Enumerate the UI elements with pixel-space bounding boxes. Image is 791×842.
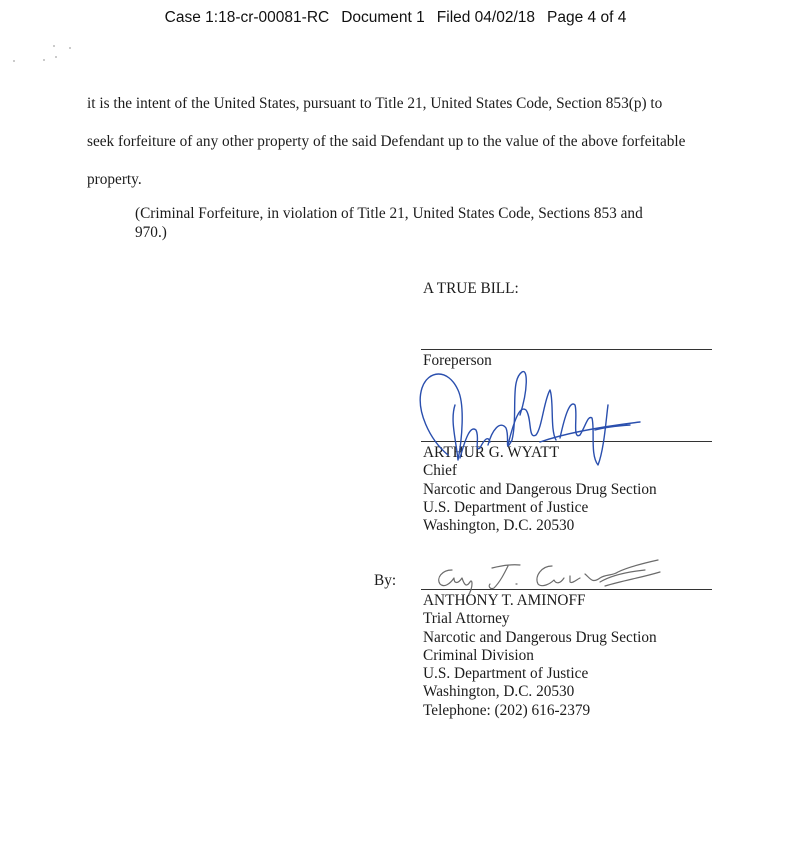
attorney-section: Narcotic and Dangerous Drug Section xyxy=(423,629,657,647)
case-header: Case 1:18-cr-00081-RCDocument 1Filed 04/… xyxy=(0,9,791,27)
forfeiture-citation: (Criminal Forfeiture, in violation of Ti… xyxy=(135,205,695,242)
attorney-telephone: Telephone: (202) 616-2379 xyxy=(423,702,657,720)
attorney-address: Washington, D.C. 20530 xyxy=(423,683,657,701)
body-line-1: it is the intent of the United States, p… xyxy=(87,95,662,113)
filed-date: Filed 04/02/18 xyxy=(437,9,535,26)
body-line-3: property. xyxy=(87,171,142,189)
scan-speck xyxy=(69,47,71,49)
chief-department: U.S. Department of Justice xyxy=(423,499,657,517)
scan-speck xyxy=(13,60,15,62)
scan-speck xyxy=(53,45,55,47)
body-line-2: seek forfeiture of any other property of… xyxy=(87,133,685,151)
foreperson-signature-line xyxy=(421,349,712,350)
chief-section: Narcotic and Dangerous Drug Section xyxy=(423,481,657,499)
attorney-department: U.S. Department of Justice xyxy=(423,665,657,683)
citation-line-2: 970.) xyxy=(135,224,695,243)
page-number: Page 4 of 4 xyxy=(547,9,626,26)
case-number: Case 1:18-cr-00081-RC xyxy=(165,9,330,26)
attorney-title: Trial Attorney xyxy=(423,610,657,628)
citation-line-1: (Criminal Forfeiture, in violation of Ti… xyxy=(135,205,695,224)
chief-address: Washington, D.C. 20530 xyxy=(423,517,657,535)
by-label: By: xyxy=(374,572,396,590)
attorney-division: Criminal Division xyxy=(423,647,657,665)
true-bill-heading: A TRUE BILL: xyxy=(423,280,519,298)
scan-speck xyxy=(43,59,45,61)
scan-speck xyxy=(55,56,57,58)
document-number: Document 1 xyxy=(341,9,425,26)
attorney-signature-block: ANTHONY T. AMINOFF Trial Attorney Narcot… xyxy=(423,592,657,720)
attorney-name: ANTHONY T. AMINOFF xyxy=(423,592,657,610)
chief-signature xyxy=(410,360,660,475)
